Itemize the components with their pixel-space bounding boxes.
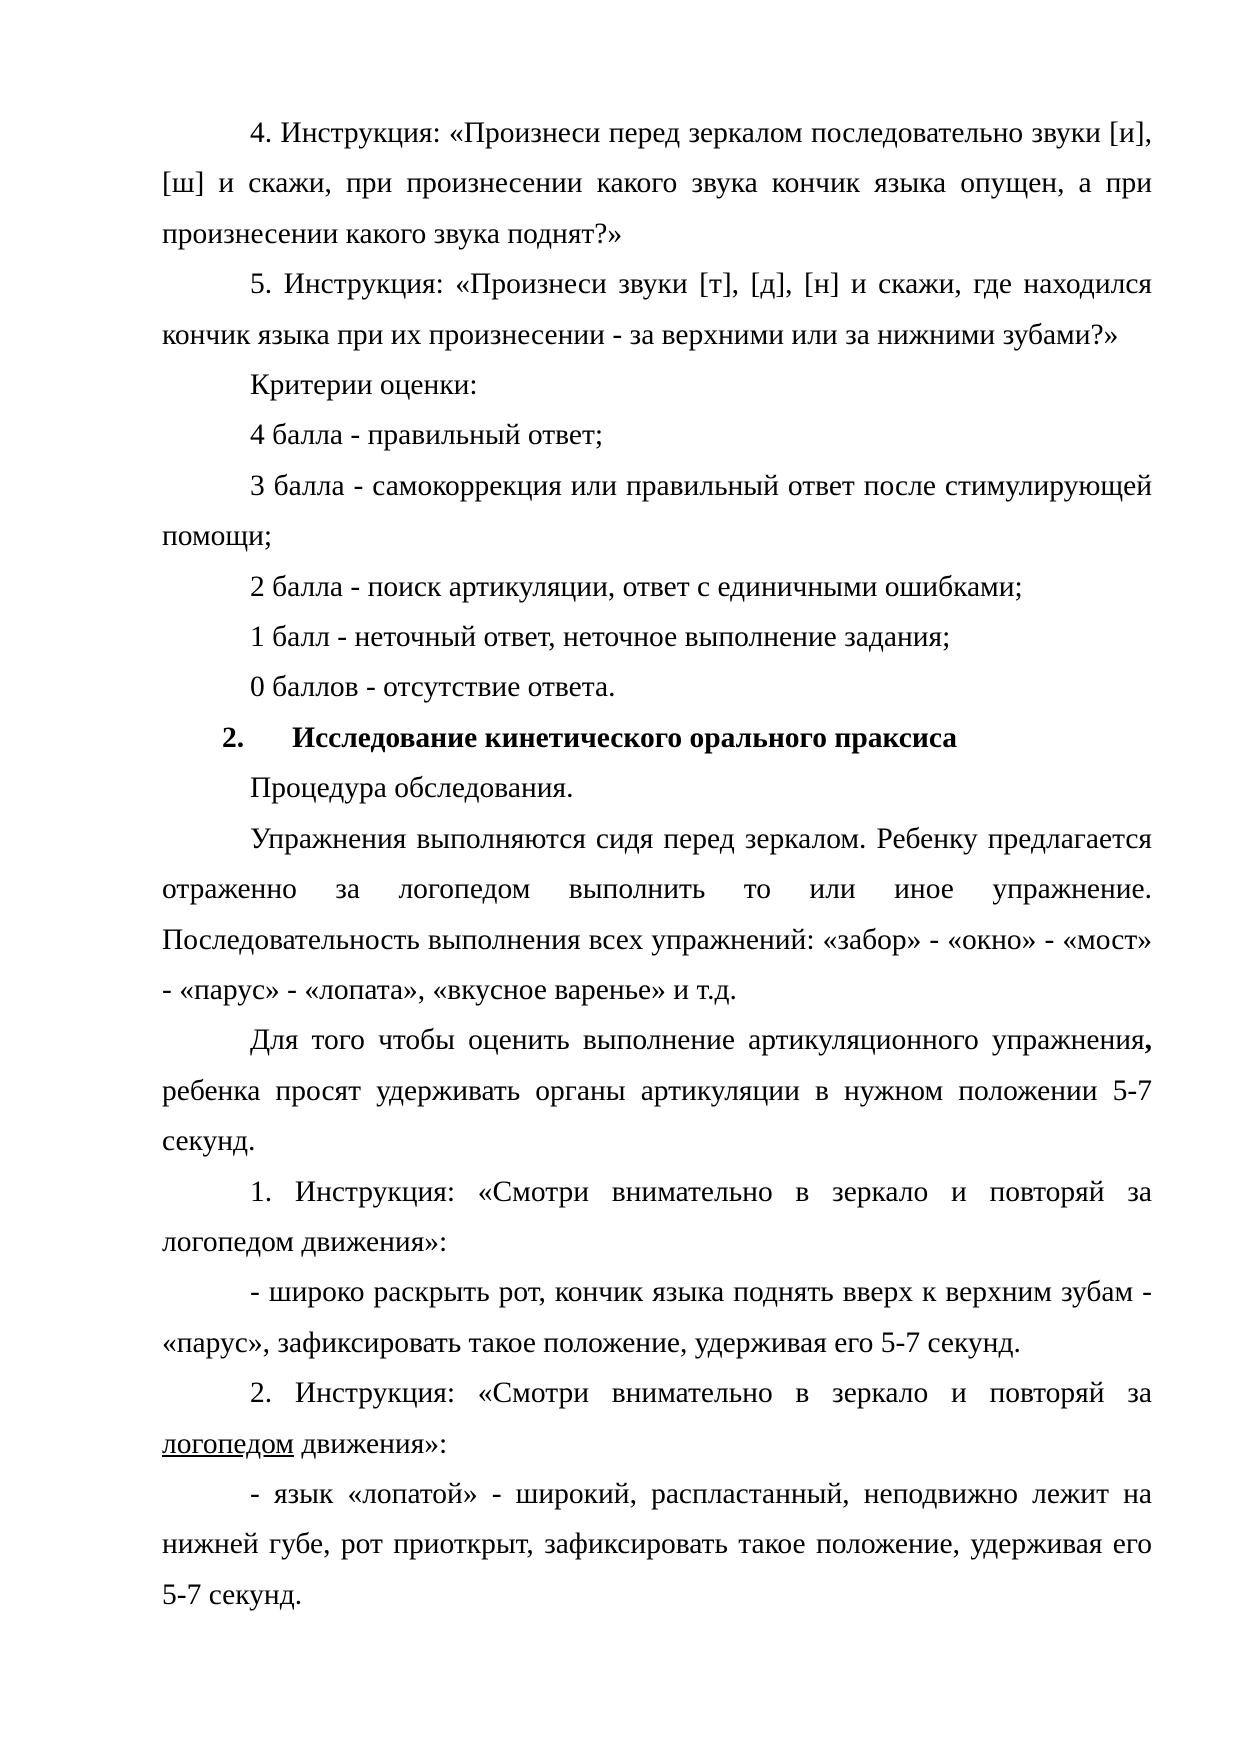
- paragraph-section-heading: 2.Исследование кинетического орального п…: [162, 713, 1152, 763]
- paragraph-exercise-lopata: - язык «лопатой» - широкий, распластанны…: [162, 1469, 1152, 1620]
- text-line: Последовательность выполнения всех упраж…: [162, 915, 1152, 965]
- text-line: - «парус» - «лопата», «вкусное варенье» …: [162, 965, 1152, 1015]
- paragraph-instruction-5: 5. Инструкция: «Произнеси звуки [т], [д]…: [162, 259, 1152, 360]
- text-segment: Исследование кинетического орального пра…: [292, 722, 957, 754]
- text-line: [ш] и скажи, при произнесении какого зву…: [162, 158, 1152, 208]
- paragraph-exercise-parus: - широко раскрыть рот, кончик языка подн…: [162, 1267, 1152, 1368]
- text-line: 4. Инструкция: «Произнеси перед зеркалом…: [162, 108, 1152, 158]
- text-segment: логопедом: [162, 1428, 294, 1460]
- document-content: 4. Инструкция: «Произнеси перед зеркалом…: [162, 108, 1152, 1620]
- text-line: секунд.: [162, 1116, 1152, 1166]
- paragraph-kinetic-instruction-1: 1. Инструкция: «Смотри внимательно в зер…: [162, 1167, 1152, 1268]
- text-line: логопедом движения»:: [162, 1419, 1152, 1469]
- text-line: Для того чтобы оценить выполнение артику…: [162, 1015, 1152, 1065]
- text-line: 1 балл - неточный ответ, неточное выполн…: [162, 612, 1152, 662]
- text-line: Критерии оценки:: [162, 360, 1152, 410]
- paragraph-criteria-1-point: 1 балл - неточный ответ, неточное выполн…: [162, 612, 1152, 662]
- paragraph-criteria-3-points: 3 балла - самокоррекция или правильный о…: [162, 461, 1152, 562]
- paragraph-procedure-title: Процедура обследования.: [162, 763, 1152, 813]
- paragraph-procedure-note: Для того чтобы оценить выполнение артику…: [162, 1015, 1152, 1166]
- paragraph-criteria-title: Критерии оценки:: [162, 360, 1152, 410]
- text-line: 1. Инструкция: «Смотри внимательно в зер…: [162, 1167, 1152, 1217]
- paragraph-instruction-4: 4. Инструкция: «Произнеси перед зеркалом…: [162, 108, 1152, 259]
- paragraph-criteria-2-points: 2 балла - поиск артикуляции, ответ с еди…: [162, 562, 1152, 612]
- paragraph-procedure-description: Упражнения выполняются сидя перед зеркал…: [162, 814, 1152, 1016]
- text-line: 5. Инструкция: «Произнеси звуки [т], [д]…: [162, 259, 1152, 309]
- text-line: 0 баллов - отсутствие ответа.: [162, 662, 1152, 712]
- text-line: 4 балла - правильный ответ;: [162, 410, 1152, 460]
- text-line: 3 балла - самокоррекция или правильный о…: [162, 461, 1152, 511]
- text-line: - язык «лопатой» - широкий, распластанны…: [162, 1469, 1152, 1519]
- text-line: 2.Исследование кинетического орального п…: [162, 713, 1152, 763]
- text-segment: 2.: [222, 722, 244, 754]
- text-line: отраженно за логопедом выполнить то или …: [162, 864, 1152, 914]
- text-line: 2. Инструкция: «Смотри внимательно в зер…: [162, 1368, 1152, 1418]
- text-line: «парус», зафиксировать такое положение, …: [162, 1318, 1152, 1368]
- tab-space: [244, 746, 292, 747]
- text-line: 2 балла - поиск артикуляции, ответ с еди…: [162, 562, 1152, 612]
- text-line: ребенка просят удерживать органы артикул…: [162, 1066, 1152, 1116]
- text-segment: движения»:: [294, 1428, 447, 1460]
- text-segment: Для того чтобы оценить выполнение артику…: [250, 1024, 1145, 1056]
- text-line: произнесении какого звука поднят?»: [162, 209, 1152, 259]
- paragraph-criteria-4-points: 4 балла - правильный ответ;: [162, 410, 1152, 460]
- text-line: Упражнения выполняются сидя перед зеркал…: [162, 814, 1152, 864]
- text-line: - широко раскрыть рот, кончик языка подн…: [162, 1267, 1152, 1317]
- text-line: Процедура обследования.: [162, 763, 1152, 813]
- paragraph-criteria-0-points: 0 баллов - отсутствие ответа.: [162, 662, 1152, 712]
- text-line: нижней губе, рот приоткрыт, зафиксироват…: [162, 1519, 1152, 1569]
- text-line: логопедом движения»:: [162, 1217, 1152, 1267]
- text-line: помощи;: [162, 511, 1152, 561]
- document-page: 4. Инструкция: «Произнеси перед зеркалом…: [0, 0, 1240, 1754]
- text-segment: ,: [1145, 1024, 1152, 1056]
- paragraph-kinetic-instruction-2: 2. Инструкция: «Смотри внимательно в зер…: [162, 1368, 1152, 1469]
- text-line: кончик языка при их произнесении - за ве…: [162, 310, 1152, 360]
- text-line: 5-7 секунд.: [162, 1570, 1152, 1620]
